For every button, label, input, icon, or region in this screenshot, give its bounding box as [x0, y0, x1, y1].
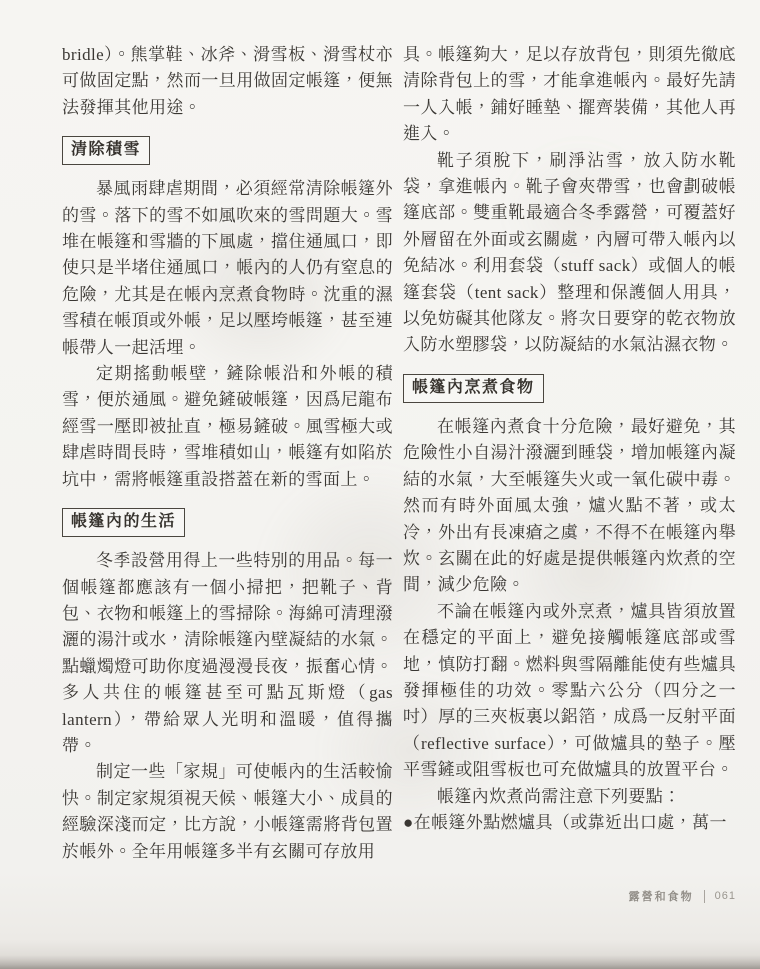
section-heading-row: 清除積雪	[62, 136, 393, 165]
paragraph: 帳篷內炊煮尚需注意下列要點：	[403, 784, 736, 810]
section-heading: 清除積雪	[62, 136, 150, 165]
chapter-title: 露營和食物	[629, 888, 694, 904]
book-page: bridle）。熊掌鞋、冰斧、滑雪板、滑雪杖亦可做固定點，然而一旦用做固定帳篷，…	[0, 0, 760, 969]
paragraph: 制定一些「家規」可使帳內的生活較愉快。制定家規須視天候、帳篷大小、成員的經驗深淺…	[62, 759, 393, 865]
scan-edge-shadow	[0, 955, 760, 969]
section-heading: 帳篷內烹煮食物	[403, 374, 544, 403]
paragraph: 定期搖動帳壁，鏟除帳沿和外帳的積雪，便於通風。避免鏟破帳篷，因爲尼龍布經雪一壓即…	[62, 361, 393, 493]
page-number: 061	[715, 890, 736, 902]
section-heading-row: 帳篷內烹煮食物	[403, 374, 736, 403]
paragraph: 靴子須脫下，刷淨沾雪，放入防水靴袋，拿進帳內。靴子會夾帶雪，也會劃破帳篷底部。雙…	[403, 148, 736, 359]
bullet-item: ●在帳篷外點燃爐具（或靠近出口處，萬一	[403, 810, 736, 836]
text-column-left: bridle）。熊掌鞋、冰斧、滑雪板、滑雪杖亦可做固定點，然而一旦用做固定帳篷，…	[62, 42, 393, 865]
section-heading-row: 帳篷內的生活	[62, 508, 393, 537]
page-footer: 露營和食物 061	[629, 888, 736, 904]
paragraph: 在帳篷內煮食十分危險，最好避免，其危險性小自湯汁潑灑到睡袋，增加帳篷內凝結的水氣…	[403, 414, 736, 599]
paragraph: 不論在帳篷內或外烹煮，爐具皆須放置在穩定的平面上，避免接觸帳篷底部或雪地，慎防打…	[403, 599, 736, 784]
paragraph: 暴風雨肆虐期間，必須經常清除帳篷外的雪。落下的雪不如風吹來的雪問題大。雪堆在帳篷…	[62, 176, 393, 361]
section-heading: 帳篷內的生活	[62, 508, 185, 537]
paragraph: 冬季設營用得上一些特別的用品。每一個帳篷都應該有一個小掃把，把靴子、背包、衣物和…	[62, 548, 393, 759]
paragraph: 具。帳篷夠大，足以存放背包，則須先徹底清除背包上的雪，才能拿進帳內。最好先請一人…	[403, 42, 736, 148]
paragraph: bridle）。熊掌鞋、冰斧、滑雪板、滑雪杖亦可做固定點，然而一旦用做固定帳篷，…	[62, 42, 393, 121]
footer-divider	[704, 890, 705, 903]
text-column-right: 具。帳篷夠大，足以存放背包，則須先徹底清除背包上的雪，才能拿進帳內。最好先請一人…	[403, 42, 736, 836]
